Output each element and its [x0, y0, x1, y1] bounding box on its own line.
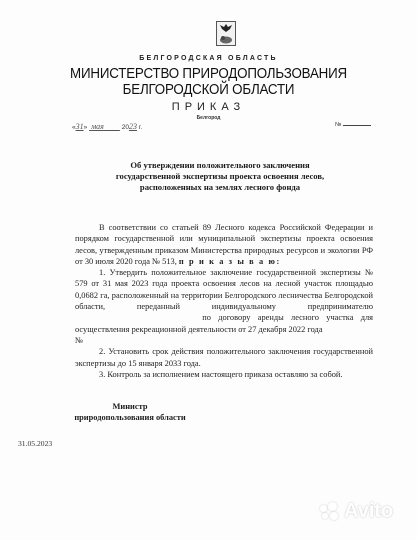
item-1: 1. Утвердить положительное заключение го… — [75, 267, 373, 335]
ministry-name: МИНИСТЕРСТВО ПРИРОДОПОЛЬЗОВАНИЯ БЕЛГОРОД… — [17, 66, 401, 98]
number-blank — [343, 125, 371, 126]
eagle-icon — [220, 24, 232, 32]
region-name: БЕЛГОРОДСКАЯ ОБЛАСТЬ — [0, 55, 417, 62]
item-1-number: № — [75, 335, 373, 346]
order-date: «31» мая 2023 г. — [72, 122, 142, 131]
signature-block: Министр природопользования области — [60, 401, 200, 424]
lion-icon — [219, 35, 233, 44]
document-type: ПРИКАЗ — [0, 101, 417, 113]
coat-of-arms-icon — [216, 21, 236, 46]
ministry-name-line1: МИНИСТЕРСТВО ПРИРОДОПОЛЬЗОВАНИЯ — [17, 66, 401, 82]
date-day: 31 — [76, 122, 84, 131]
order-body: В соответствии со статьей 89 Лесного код… — [75, 222, 373, 380]
quote-close: » — [84, 124, 88, 131]
title-line3: расположенных на землях лесного фонда — [100, 182, 340, 193]
date-year-prefix: 20 — [122, 124, 129, 131]
order-word: п р и к а з ы в а ю: — [179, 257, 281, 266]
avito-text: Avito — [344, 500, 393, 523]
order-number: № — [335, 122, 371, 128]
signature-title: Министр — [60, 401, 200, 412]
title-line2: государственной экспертизы проекта освое… — [100, 171, 340, 182]
date-month-text: мая — [91, 122, 104, 131]
avito-watermark: Avito — [320, 500, 393, 523]
date-month: мая — [89, 122, 120, 131]
document-page: БЕЛГОРОДСКАЯ ОБЛАСТЬ МИНИСТЕРСТВО ПРИРОД… — [0, 0, 417, 540]
footer-date: 31.05.2023 — [18, 439, 52, 448]
order-title: Об утверждении положительного заключения… — [100, 160, 340, 193]
avito-dots-icon — [320, 502, 342, 522]
ministry-name-line2: БЕЛГОРОДСКОЙ ОБЛАСТИ — [17, 82, 401, 98]
intro-paragraph: В соответствии со статьей 89 Лесного код… — [75, 222, 373, 267]
date-year-suffix: 23 — [129, 122, 137, 131]
item-2: 2. Установить срок действия положительно… — [75, 346, 373, 369]
number-label: № — [335, 122, 341, 128]
signature-subtitle: природопользования области — [60, 412, 200, 423]
title-line1: Об утверждении положительного заключения — [100, 160, 340, 171]
city-name: Белгород — [0, 115, 417, 121]
item-3: 3. Контроль за исполнением настоящего пр… — [75, 369, 373, 380]
item-1-text-part1: 1. Утвердить положительное заключение го… — [75, 268, 373, 311]
item-1-text-part2: по договору аренды лесного участка для о… — [75, 313, 373, 333]
date-year-unit: г. — [139, 124, 142, 131]
